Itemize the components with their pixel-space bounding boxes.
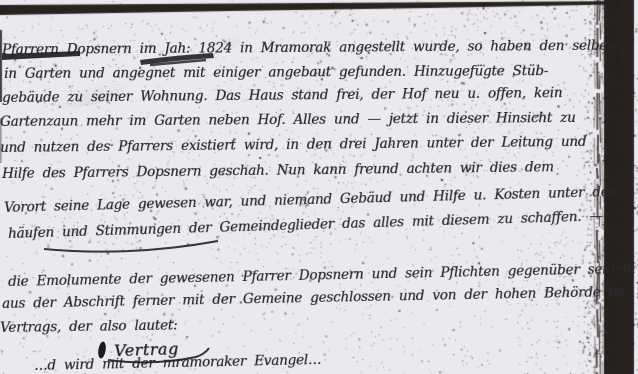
manuscript-page: Pfarrern Dopsnern im Jah: 1824 in Mramor… — [0, 0, 638, 374]
manuscript-line: und nutzen des Pfarrers existiert wird, … — [0, 134, 586, 156]
manuscript-line: Vertrags, der also lautet: — [0, 318, 177, 336]
manuscript-line: gebäude zu seiner Wohnung. Das Haus stan… — [2, 85, 562, 106]
manuscript-line: Gartenzaun mehr im Garten neben Hof. All… — [0, 110, 576, 130]
manuscript-line: Hilfe des Pfarrers Dopsnern geschah. Nun… — [2, 159, 554, 182]
manuscript-line-partial: …d wird mit der mramoraker Evangel… — [34, 352, 322, 374]
manuscript-line: in Garten und angegnet mit einiger angeb… — [4, 63, 548, 82]
handwriting-layer: Pfarrern Dopsnern im Jah: 1824 in Mramor… — [0, 0, 638, 374]
manuscript-line: Pfarrern Dopsnern im Jah: 1824 in Mramor… — [2, 38, 616, 58]
